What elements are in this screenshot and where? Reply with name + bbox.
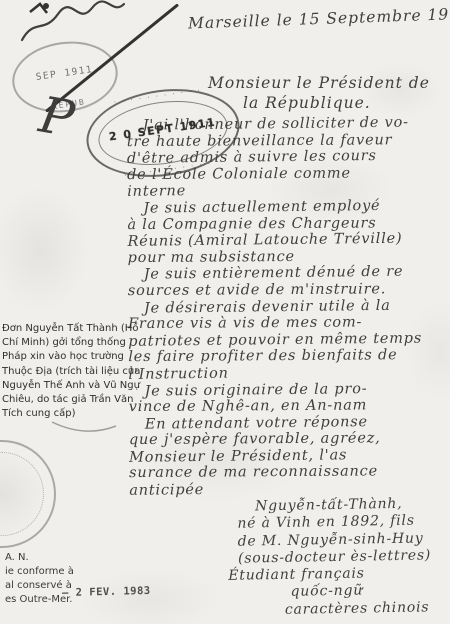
paragraph: Je suis originaire de la pro- vince de N… bbox=[129, 380, 449, 415]
caption-line: Nguyễn Thế Anh và Vũ Ngự bbox=[2, 379, 134, 393]
archive-round-stamp bbox=[0, 440, 56, 548]
margin-caption: Đơn Nguyễn Tất Thành (Hồ Chí Minh) gởi t… bbox=[2, 322, 134, 421]
caption-line: Pháp xin vào học trường bbox=[2, 350, 134, 364]
paragraph: Je suis actuellement employé à la Compag… bbox=[127, 198, 447, 267]
letter-line: patriotes et pouvoir en même temps bbox=[128, 330, 448, 350]
caption-line: Chiêu, do tác giả Trần Văn bbox=[2, 393, 134, 407]
letter-line: En attendant votre réponse bbox=[129, 413, 449, 433]
archive-date-stamp: – 2 FEV. 1983 bbox=[62, 585, 151, 599]
paragraph: Je suis entièrement dénué de re sources … bbox=[128, 264, 448, 299]
signature-block: Nguyễn-tất-Thành, né à Vinh en 1892, fil… bbox=[237, 495, 432, 619]
caption-line: Thuộc Địa (trích tài liệu của bbox=[2, 365, 134, 379]
archive-stamp-inner-ring bbox=[0, 452, 44, 536]
letter-page: Marseille le 15 Septembre 1911 SEP 1911 … bbox=[0, 0, 450, 624]
pen-flourish bbox=[50, 418, 120, 436]
caption-line: Đơn Nguyễn Tất Thành (Hồ bbox=[2, 322, 134, 336]
signature-line: (sous-docteur ès-lettres) bbox=[238, 547, 431, 568]
handwritten-scribble bbox=[16, 0, 146, 48]
letter-line: Je suis originaire de la pro- bbox=[128, 380, 448, 400]
caption-line: Chí Minh) gởi tổng thống bbox=[2, 336, 134, 350]
paragraph: En attendant votre réponse que j'espère … bbox=[129, 414, 450, 499]
archive-note-line: ie conforme à bbox=[5, 565, 74, 579]
greeting-line-1: Monsieur le Président de bbox=[208, 74, 430, 92]
letter-line: Je désirerais devenir utile à la bbox=[128, 297, 448, 317]
dateline: Marseille le 15 Septembre 1911 bbox=[188, 5, 448, 32]
letter-line: Monsieur le Président, l'as bbox=[129, 446, 449, 466]
paragraph: Je désirerais devenir utile à la France … bbox=[128, 297, 449, 382]
archive-note-line: A. N. bbox=[5, 551, 74, 565]
greeting-line-2: la République. bbox=[243, 94, 371, 112]
signature-line: caractères chinois bbox=[285, 599, 432, 619]
